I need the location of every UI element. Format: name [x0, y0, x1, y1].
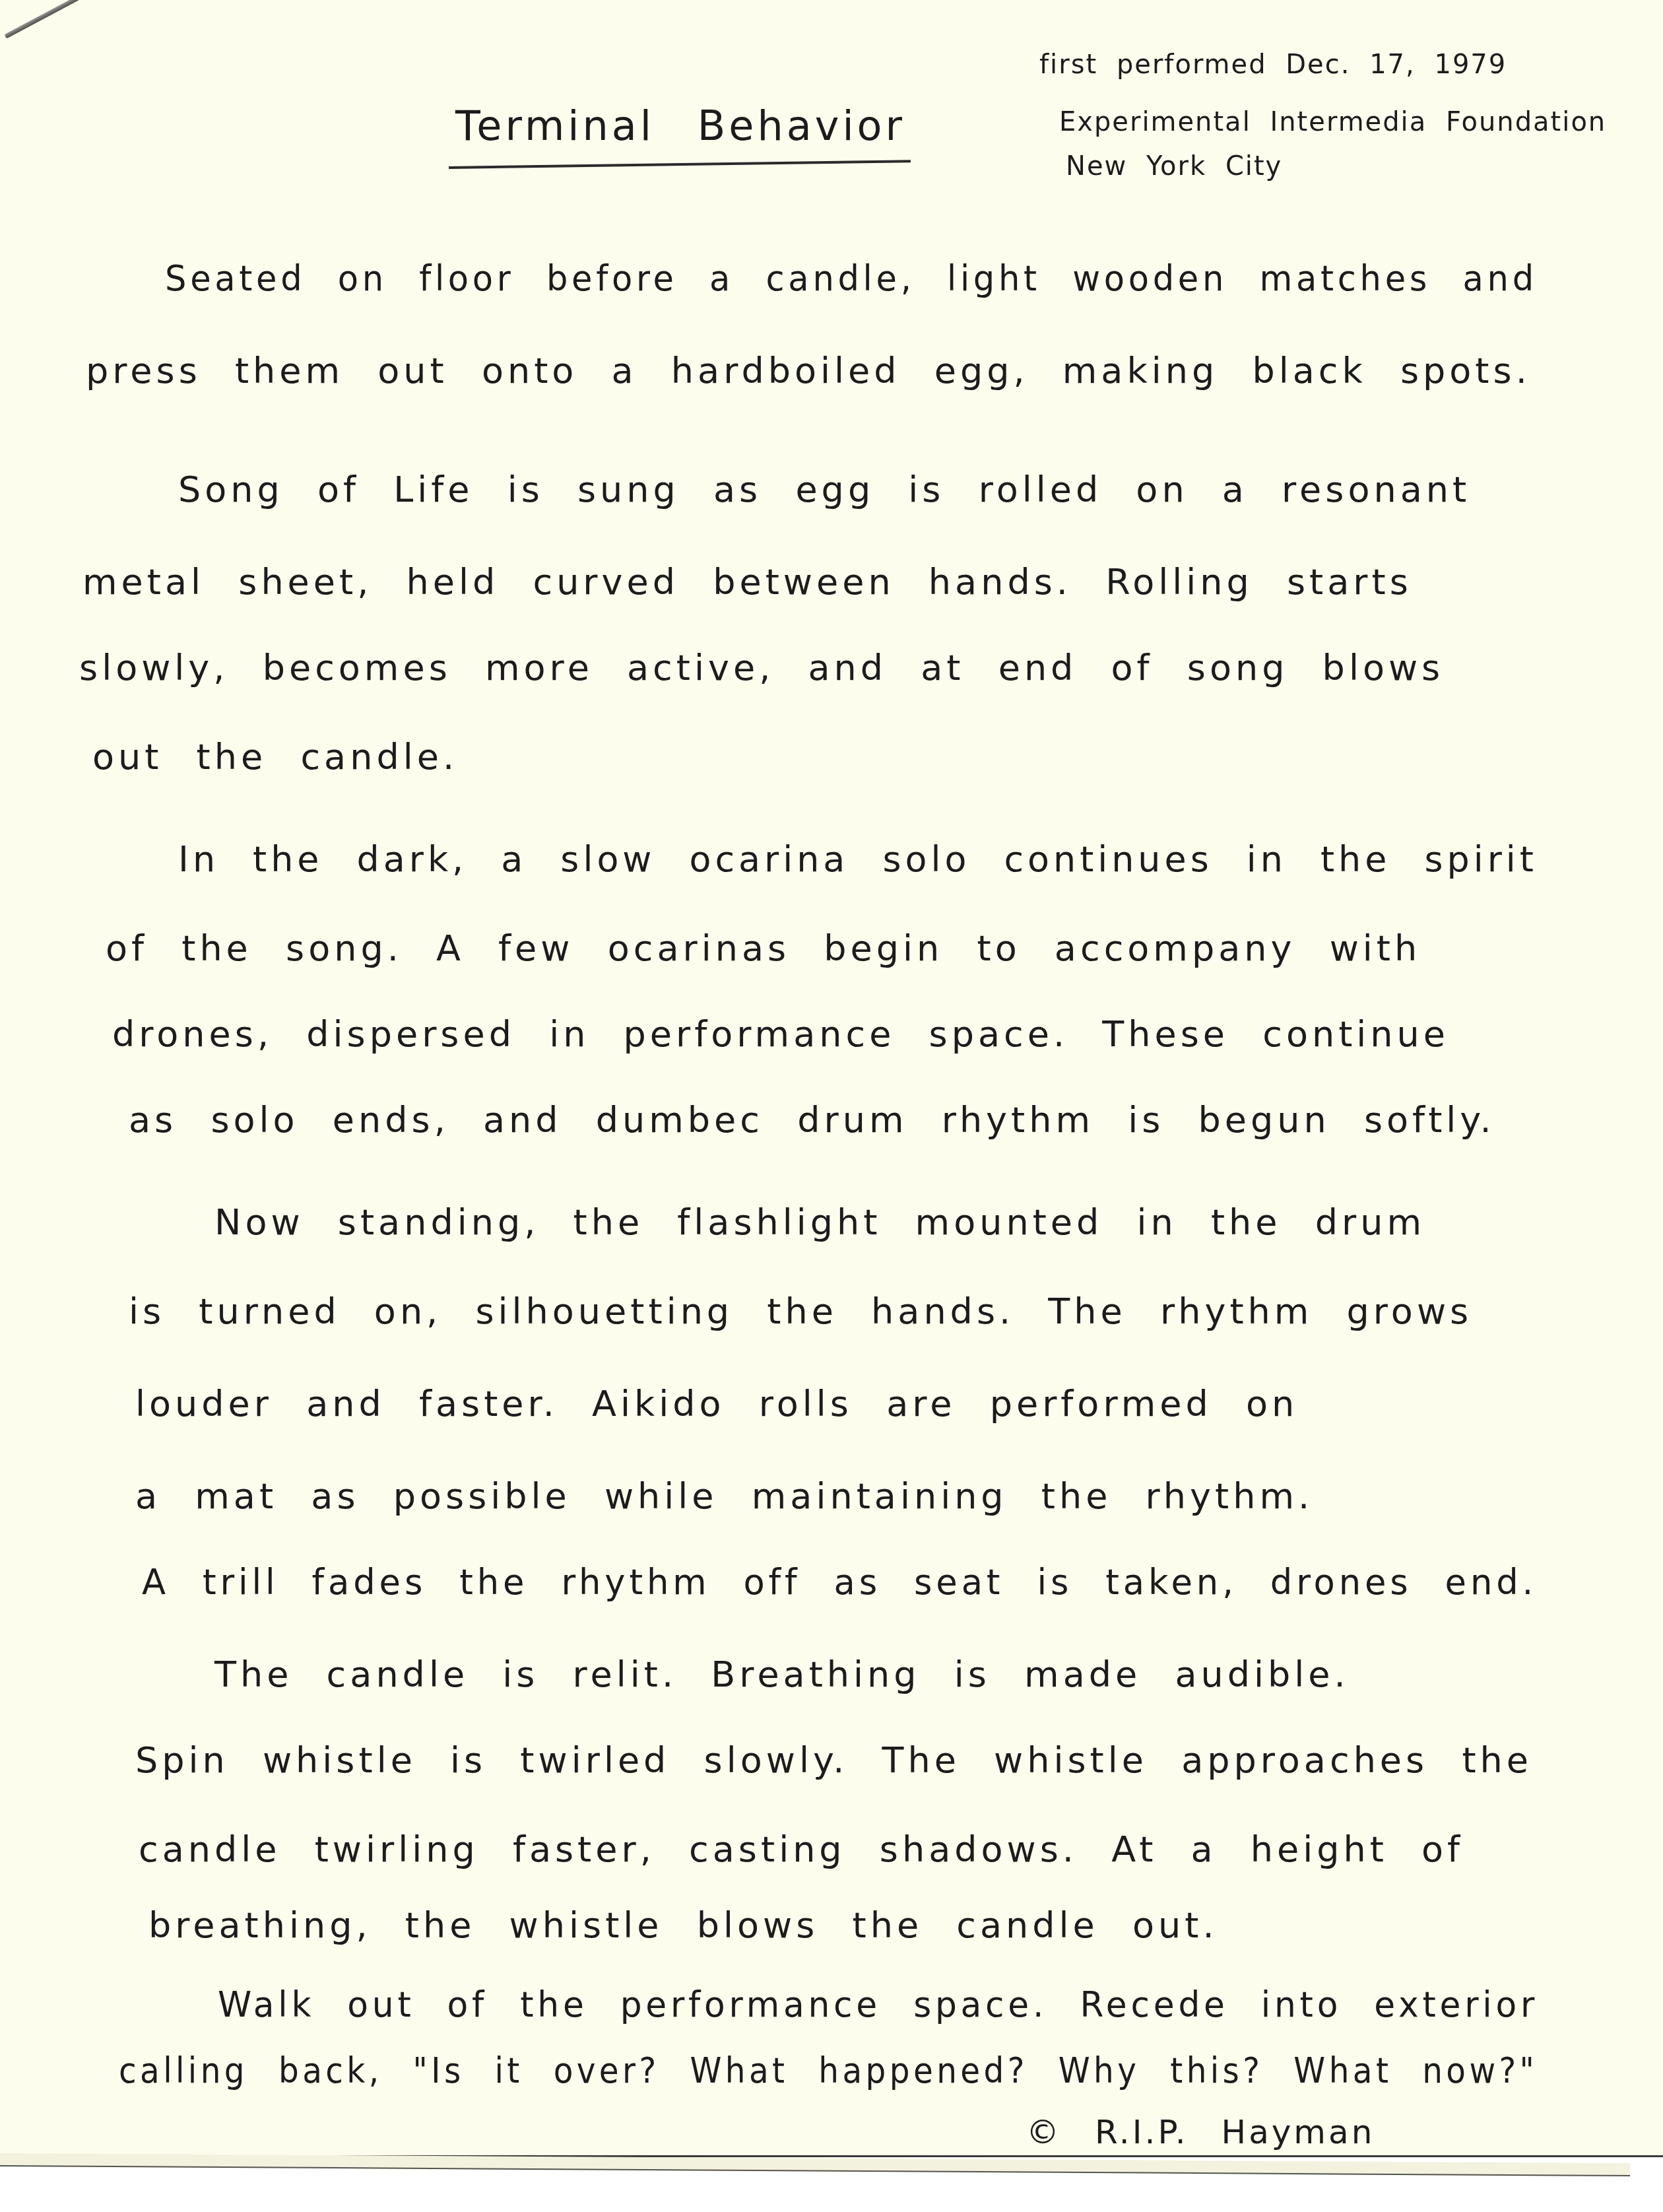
body-line: Now standing, the flashlight mounted in …: [214, 1205, 1425, 1240]
body-line: metal sheet, held curved between hands. …: [82, 564, 1412, 600]
body-line: Spin whistle is twirled slowly. The whis…: [135, 1743, 1532, 1778]
body-line: slowly, becomes more active, and at end …: [79, 650, 1444, 686]
body-line: is turned on, silhouetting the hands. Th…: [129, 1294, 1472, 1329]
title-underline: [449, 160, 911, 169]
staple-icon: [4, 0, 83, 39]
copyright-signature: © R.I.P. Hayman: [1026, 2116, 1375, 2149]
body-line: out the candle.: [92, 739, 458, 775]
body-line: as solo ends, and dumbec drum rhythm is …: [129, 1102, 1495, 1138]
premiere-city: New York City: [1066, 153, 1282, 180]
body-line: Song of Life is sung as egg is rolled on…: [178, 472, 1470, 508]
body-line: breathing, the whistle blows the candle …: [148, 1908, 1218, 1943]
body-line: A trill fades the rhythm off as seat is …: [142, 1564, 1537, 1600]
body-line: louder and faster. Aikido rolls are perf…: [135, 1386, 1298, 1422]
body-line: Seated on floor before a candle, light w…: [165, 261, 1538, 296]
body-line: calling back, "Is it over? What happened…: [119, 2053, 1538, 2089]
document-title: Terminal Behavior: [455, 106, 905, 147]
body-line: drones, dispersed in performance space. …: [112, 1017, 1449, 1052]
body-line: In the dark, a slow ocarina solo continu…: [178, 842, 1538, 877]
body-line: of the song. A few ocarinas begin to acc…: [106, 931, 1421, 966]
premiere-venue: Experimental Intermedia Foundation: [1059, 109, 1606, 135]
body-line: Walk out of the performance space. Reced…: [218, 1987, 1538, 2023]
body-line: candle twirling faster, casting shadows.…: [139, 1832, 1464, 1867]
handwritten-page: Terminal Behavior first performed Dec. 1…: [0, 0, 1663, 2157]
body-line: press them out onto a hardboiled egg, ma…: [86, 353, 1531, 389]
body-line: The candle is relit. Breathing is made a…: [214, 1657, 1350, 1693]
body-line: a mat as possible while maintaining the …: [135, 1479, 1313, 1514]
premiere-date: first performed Dec. 17, 1979: [1039, 51, 1507, 78]
